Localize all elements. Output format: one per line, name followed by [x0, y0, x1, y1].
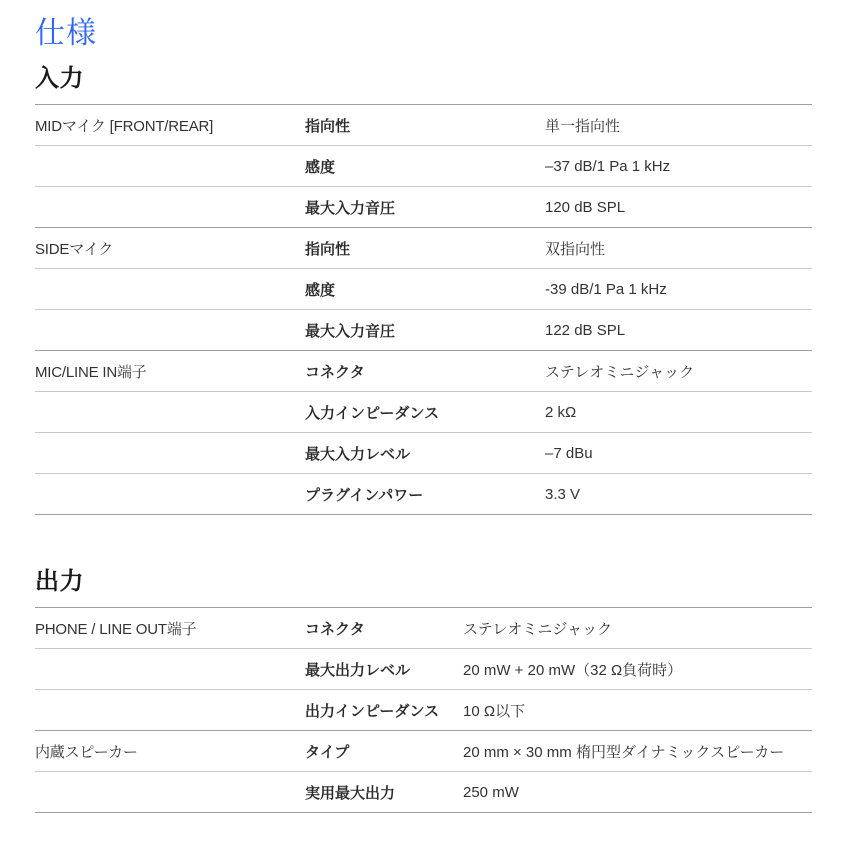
- spec-section: 入力 MIDマイク [FRONT/REAR] 指向性 単一指向性 感度 –37 …: [35, 64, 812, 515]
- spec-row: 最大入力音圧 122 dB SPL: [35, 309, 812, 350]
- spec-value-cell: 250 mW: [463, 784, 812, 801]
- spec-table: PHONE / LINE OUT端子 コネクタ ステレオミニジャック 最大出力レ…: [35, 607, 812, 813]
- spec-value-cell: –7 dBu: [545, 445, 812, 462]
- spec-row: SIDEマイク 指向性 双指向性: [35, 227, 812, 268]
- spec-row: 実用最大出力 250 mW: [35, 771, 812, 812]
- page-title: 仕様: [35, 16, 812, 52]
- spec-label-cell: 最大入力音圧: [305, 320, 545, 341]
- spec-row: 感度 -39 dB/1 Pa 1 kHz: [35, 268, 812, 309]
- sections-root: 入力 MIDマイク [FRONT/REAR] 指向性 単一指向性 感度 –37 …: [35, 64, 812, 813]
- spec-value-cell: 120 dB SPL: [545, 199, 812, 216]
- spec-label-cell: 指向性: [305, 238, 545, 259]
- spec-label-cell: 最大出力レベル: [305, 659, 463, 680]
- spec-value-cell: -39 dB/1 Pa 1 kHz: [545, 281, 812, 298]
- spec-row: 最大入力レベル –7 dBu: [35, 432, 812, 473]
- spec-label-cell: コネクタ: [305, 361, 545, 382]
- spec-section: 出力 PHONE / LINE OUT端子 コネクタ ステレオミニジャック 最大…: [35, 567, 812, 813]
- spec-label-cell: 指向性: [305, 115, 545, 136]
- spec-label-cell: 感度: [305, 279, 545, 300]
- spec-row: 最大出力レベル 20 mW + 20 mW（32 Ω負荷時）: [35, 648, 812, 689]
- section-heading-1: 出力: [35, 567, 812, 597]
- spec-row: MIC/LINE IN端子 コネクタ ステレオミニジャック: [35, 350, 812, 391]
- spec-label-cell: 感度: [305, 156, 545, 177]
- spec-value-cell: 122 dB SPL: [545, 322, 812, 339]
- section-heading-0: 入力: [35, 64, 812, 94]
- spec-value-cell: 10 Ω以下: [463, 700, 812, 721]
- spec-label-cell: 実用最大出力: [305, 782, 463, 803]
- spec-label-cell: タイプ: [305, 741, 463, 762]
- spec-value-cell: 2 kΩ: [545, 404, 812, 421]
- spec-label-cell: プラグインパワー: [305, 484, 545, 505]
- spec-label-cell: 出力インピーダンス: [305, 700, 463, 721]
- spec-label-cell: 最大入力レベル: [305, 443, 545, 464]
- spec-row: MIDマイク [FRONT/REAR] 指向性 単一指向性: [35, 104, 812, 145]
- spec-row: 内蔵スピーカー タイプ 20 mm × 30 mm 楕円型ダイナミックスピーカー: [35, 730, 812, 771]
- spec-row: 最大入力音圧 120 dB SPL: [35, 186, 812, 227]
- spec-row: PHONE / LINE OUT端子 コネクタ ステレオミニジャック: [35, 607, 812, 648]
- spec-value-cell: 3.3 V: [545, 486, 812, 503]
- spec-value-cell: 双指向性: [545, 238, 812, 259]
- spec-group-cell: 内蔵スピーカー: [35, 741, 305, 762]
- spec-label-cell: 入力インピーダンス: [305, 402, 545, 423]
- spec-value-cell: 20 mm × 30 mm 楕円型ダイナミックスピーカー: [463, 741, 812, 762]
- spec-value-cell: –37 dB/1 Pa 1 kHz: [545, 158, 812, 175]
- spec-table: MIDマイク [FRONT/REAR] 指向性 単一指向性 感度 –37 dB/…: [35, 104, 812, 515]
- spec-label-cell: コネクタ: [305, 618, 463, 639]
- spec-group-cell: MIC/LINE IN端子: [35, 361, 305, 382]
- spec-row: 入力インピーダンス 2 kΩ: [35, 391, 812, 432]
- spec-group-cell: SIDEマイク: [35, 238, 305, 259]
- spec-group-cell: PHONE / LINE OUT端子: [35, 618, 305, 639]
- spec-group-cell: MIDマイク [FRONT/REAR]: [35, 115, 305, 136]
- spec-page: 仕様 入力 MIDマイク [FRONT/REAR] 指向性 単一指向性 感度 –…: [0, 0, 850, 813]
- spec-row: 感度 –37 dB/1 Pa 1 kHz: [35, 145, 812, 186]
- spec-label-cell: 最大入力音圧: [305, 197, 545, 218]
- spec-row: 出力インピーダンス 10 Ω以下: [35, 689, 812, 730]
- spec-row: プラグインパワー 3.3 V: [35, 473, 812, 514]
- spec-value-cell: ステレオミニジャック: [545, 361, 812, 382]
- spec-value-cell: ステレオミニジャック: [463, 618, 812, 639]
- spec-value-cell: 単一指向性: [545, 115, 812, 136]
- spec-value-cell: 20 mW + 20 mW（32 Ω負荷時）: [463, 659, 812, 680]
